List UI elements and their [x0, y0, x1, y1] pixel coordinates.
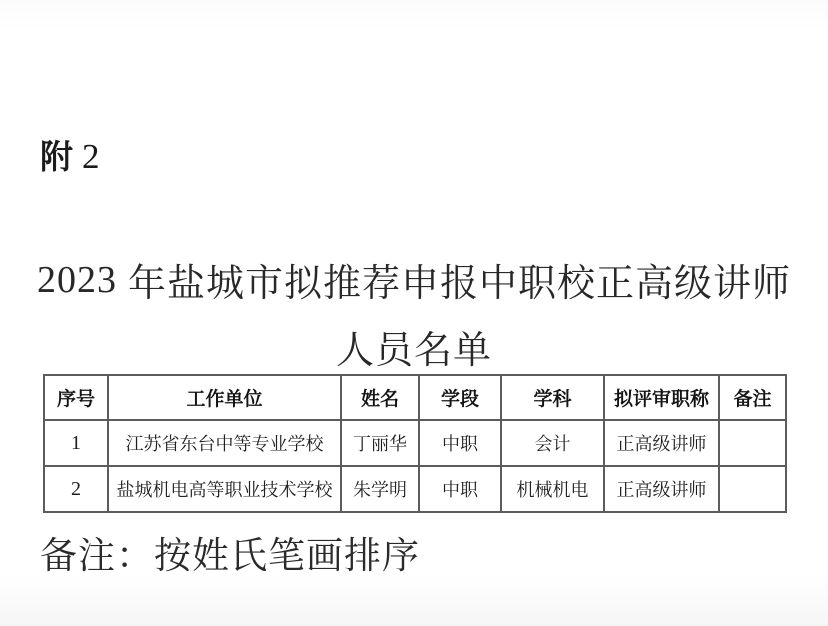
col-header-proposed-title: 拟评审职称 [604, 375, 719, 420]
cell-name: 朱学明 [341, 466, 419, 512]
col-header-remarks: 备注 [719, 375, 786, 420]
cell-stage: 中职 [419, 466, 501, 512]
cell-stage: 中职 [419, 420, 501, 466]
cell-name: 丁丽华 [341, 420, 419, 466]
cell-serial: 2 [44, 466, 108, 512]
col-header-name: 姓名 [341, 375, 419, 420]
table-row: 2 盐城机电高等职业技术学校 朱学明 中职 机械机电 正高级讲师 [44, 466, 786, 512]
title-line-1-text: 年盐城市拟推荐申报中职校正高级讲师 [128, 252, 791, 307]
attachment-number: 2 [82, 137, 100, 176]
attachment-prefix: 附 [40, 138, 73, 175]
title-line-1: 2023年盐城市拟推荐申报中职校正高级讲师 [0, 246, 828, 313]
cell-proposed-title: 正高级讲师 [604, 466, 719, 512]
note-text: 备注：按姓氏笔画排序 [40, 525, 420, 579]
table-row: 1 江苏省东台中等专业学校 丁丽华 中职 会计 正高级讲师 [44, 420, 786, 466]
table-header-row: 序号 工作单位 姓名 学段 学科 拟评审职称 备注 [44, 375, 786, 420]
cell-remarks [719, 466, 786, 512]
document-title: 2023年盐城市拟推荐申报中职校正高级讲师 人员名单 [0, 246, 828, 380]
title-line-2-text: 人员名单 [336, 319, 492, 374]
col-header-stage: 学段 [419, 375, 501, 420]
cell-subject: 会计 [501, 420, 604, 466]
cell-work-unit: 盐城机电高等职业技术学校 [108, 466, 341, 512]
attachment-label: 附2 [40, 131, 100, 178]
cell-subject: 机械机电 [501, 466, 604, 512]
cell-remarks [719, 420, 786, 466]
cell-proposed-title: 正高级讲师 [604, 420, 719, 466]
col-header-serial: 序号 [44, 375, 108, 420]
personnel-table: 序号 工作单位 姓名 学段 学科 拟评审职称 备注 1 江苏省东台中等专业学校 … [43, 374, 787, 513]
col-header-work-unit: 工作单位 [108, 375, 341, 420]
title-line-2: 人员名单 [0, 313, 828, 380]
document-page: 附2 2023年盐城市拟推荐申报中职校正高级讲师 人员名单 序号 工作单位 姓名… [0, 0, 828, 626]
title-year: 2023 [37, 258, 117, 302]
cell-serial: 1 [44, 420, 108, 466]
col-header-subject: 学科 [501, 375, 604, 420]
cell-work-unit: 江苏省东台中等专业学校 [108, 420, 341, 466]
